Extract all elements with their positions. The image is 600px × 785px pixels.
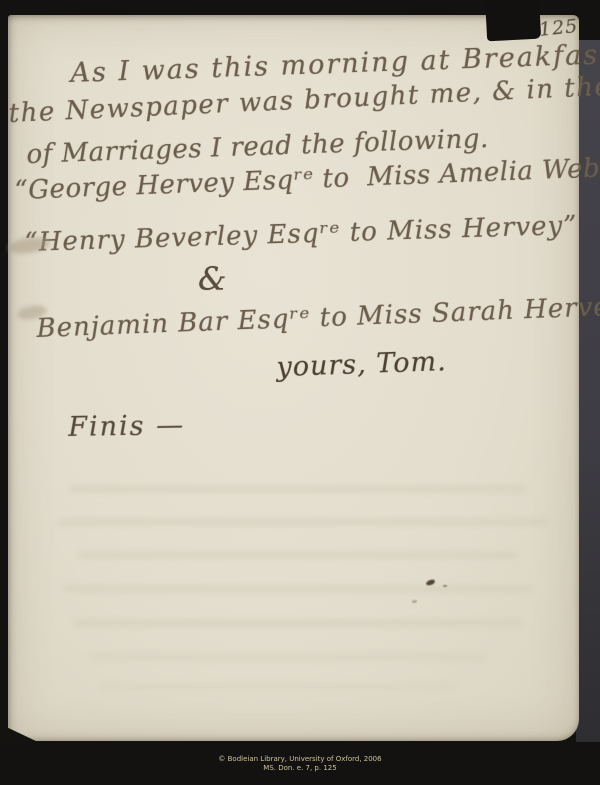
signature-line: yours, Tom. bbox=[276, 346, 447, 383]
copyright-text: © Bodleian Library, University of Oxford… bbox=[0, 755, 600, 764]
bleed-through-mark bbox=[98, 683, 458, 691]
image-caption: © Bodleian Library, University of Oxford… bbox=[0, 755, 600, 773]
bleed-through-mark bbox=[78, 551, 518, 559]
ampersand-mark: & bbox=[198, 260, 226, 298]
bleed-through-mark bbox=[58, 518, 548, 526]
finis-line: Finis — bbox=[68, 410, 185, 443]
shelfmark-text: MS. Don. e. 7, p. 125 bbox=[0, 764, 600, 773]
ink-blot bbox=[443, 585, 447, 587]
bleed-through-mark bbox=[88, 653, 488, 661]
book-cover-corner bbox=[485, 0, 541, 41]
bleed-through-mark bbox=[68, 485, 528, 493]
scanned-manuscript-photo: 125 As I was this morning at Breakfast t… bbox=[0, 0, 600, 785]
backdrop-gray-strip bbox=[576, 40, 600, 742]
page-number: 125 bbox=[538, 15, 579, 41]
bleed-through-mark bbox=[73, 619, 523, 627]
bleed-through-mark bbox=[63, 585, 533, 593]
